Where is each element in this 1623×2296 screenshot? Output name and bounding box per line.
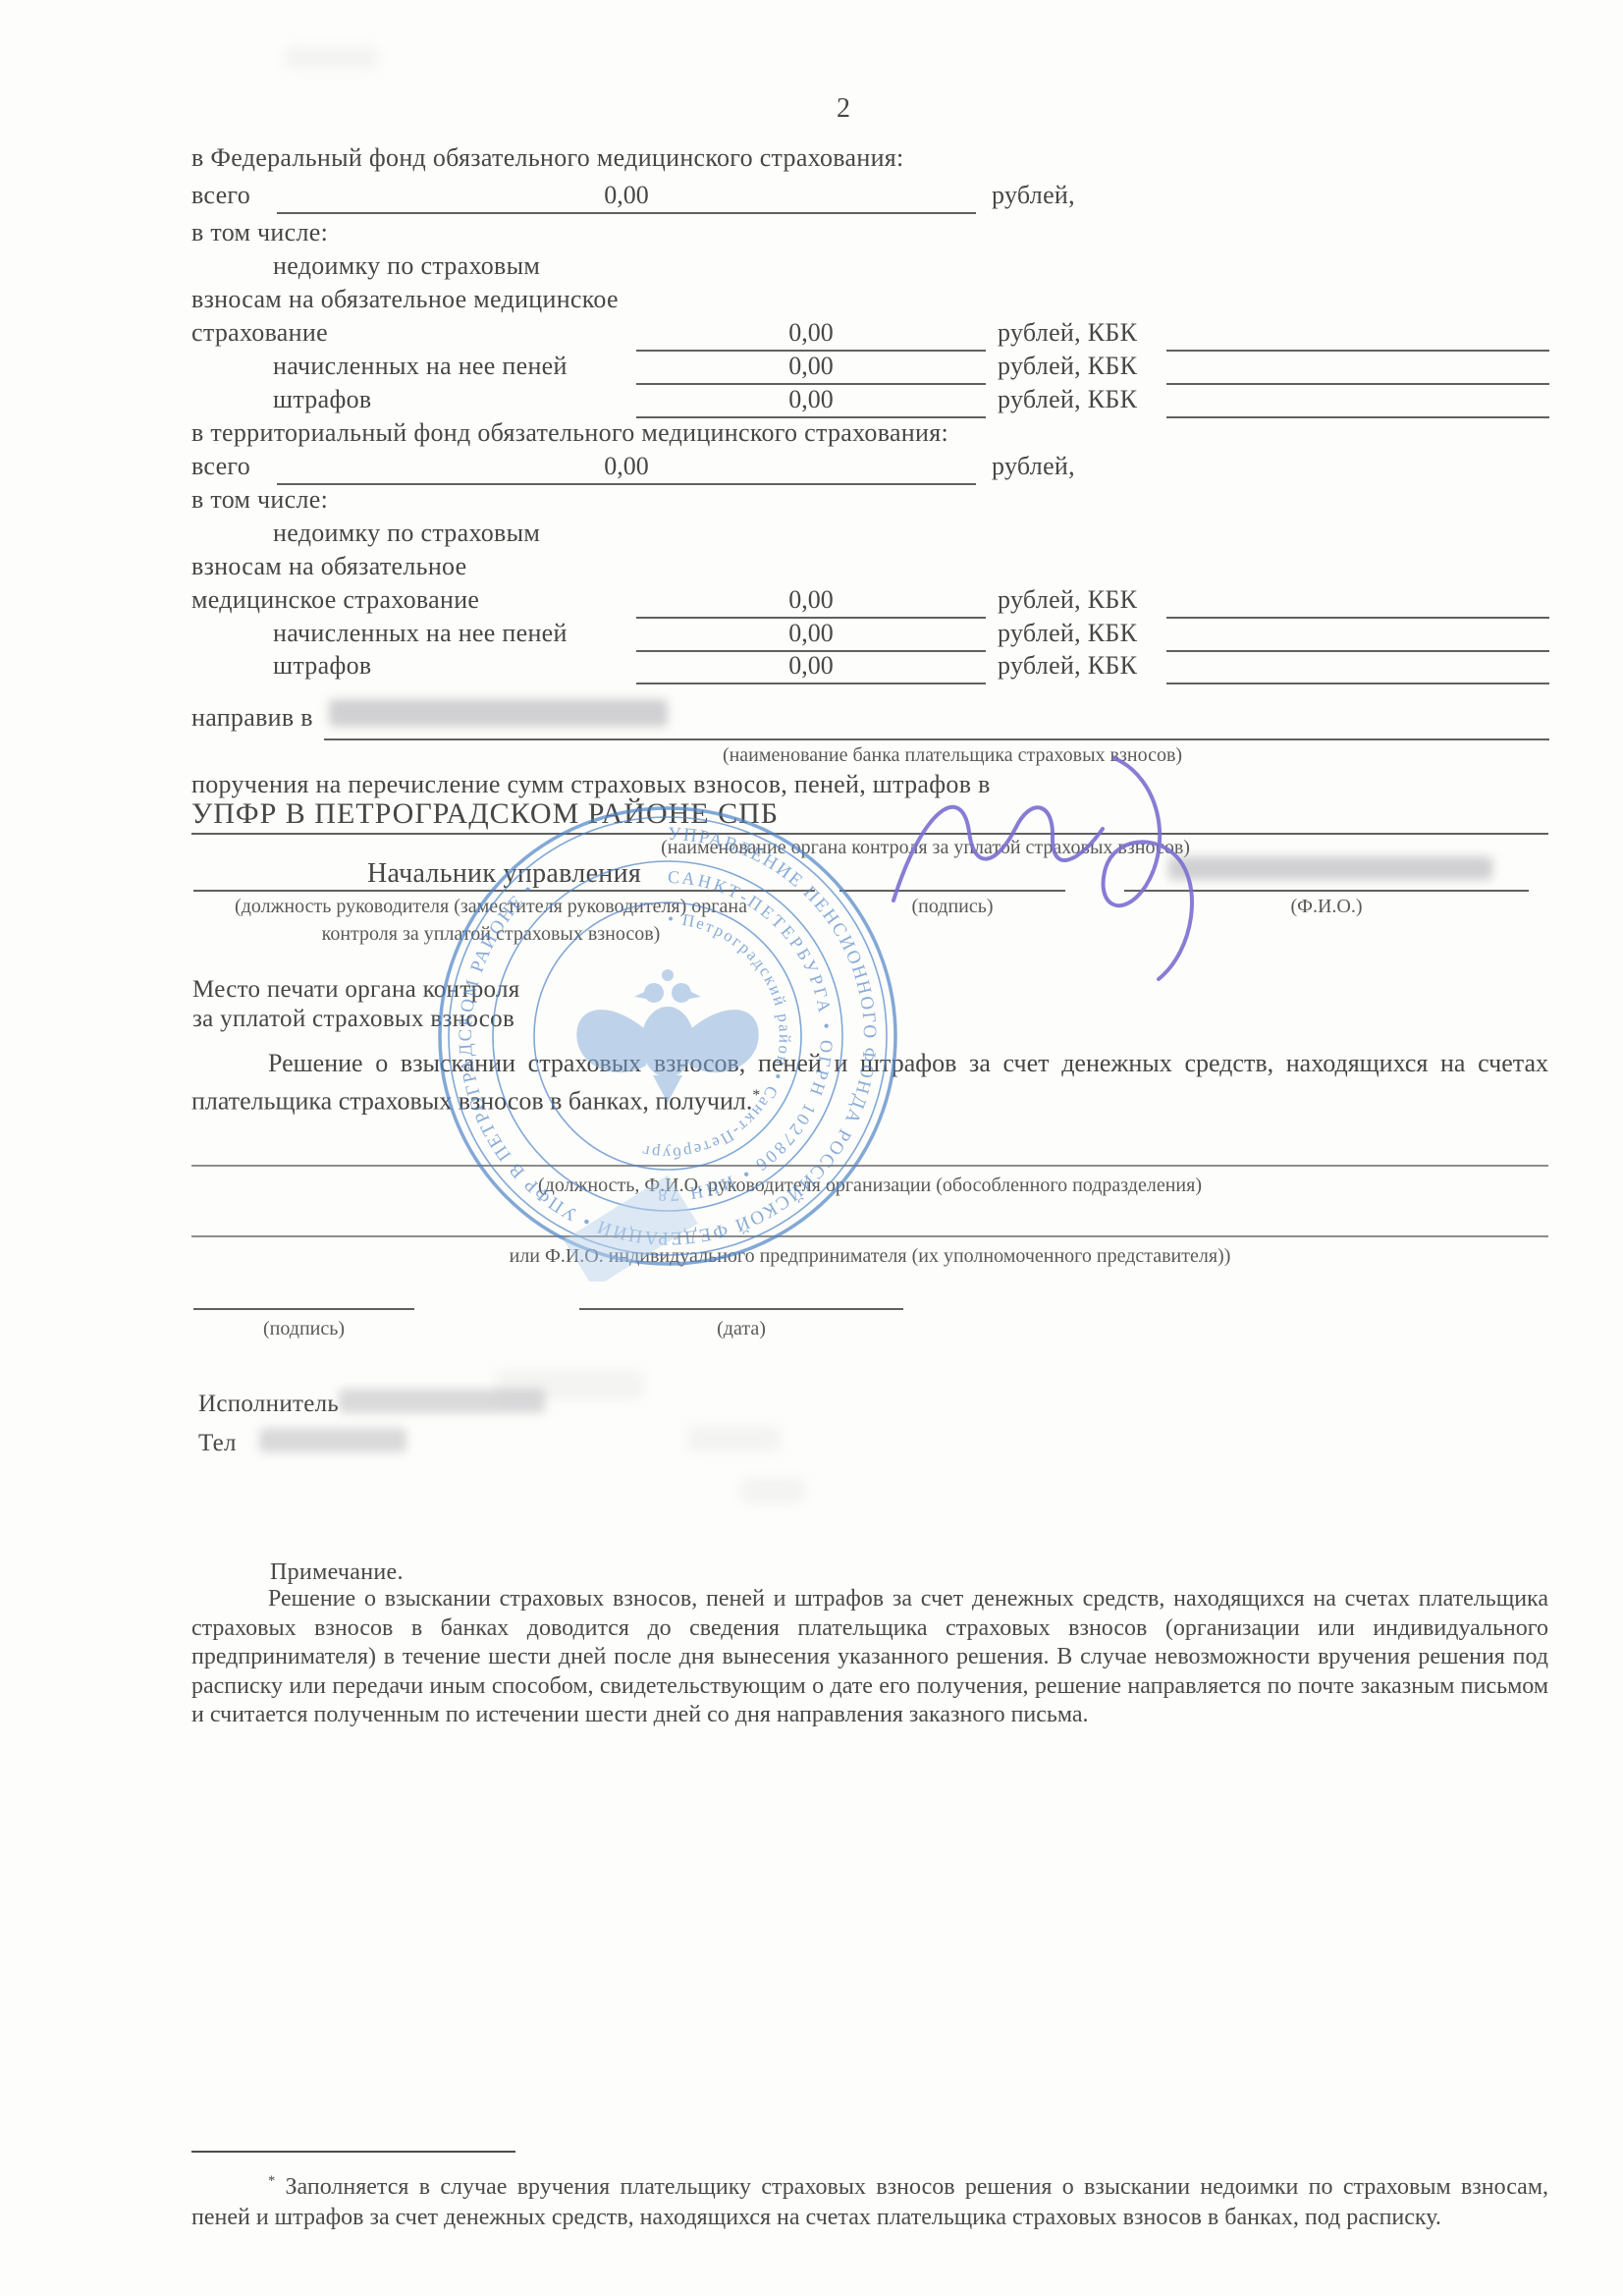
territorial-total-underline (277, 454, 976, 485)
note-title: Примечание. (270, 1559, 404, 1586)
received-signature-caption: (подпись) (193, 1318, 414, 1340)
territorial-including-label: в том числе: (191, 485, 328, 515)
territorial-row-label: медицинское страхование (191, 585, 479, 615)
federal-total-underline (277, 183, 976, 214)
federal-row-underline (636, 354, 986, 385)
territorial-row-label: начисленных на нее пеней (273, 619, 568, 648)
scan-smudge (496, 1370, 643, 1399)
executor-label: Исполнитель (198, 1391, 339, 1418)
territorial-row-kbk-underline (1166, 653, 1549, 684)
signature-stroke-2 (1104, 758, 1192, 979)
federal-arrears-line1: недоимку по страховым (273, 251, 540, 281)
scan-smudge (687, 1426, 781, 1451)
federal-row-kbk-underline (1166, 387, 1549, 418)
territorial-total-units: рублей, (992, 452, 1075, 481)
note-paragraph: Решение о взыскании страховых взносов, п… (191, 1585, 1548, 1730)
federal-row-label: штрафов (273, 385, 371, 414)
page-number: 2 (837, 93, 850, 125)
territorial-row-units: рублей, КБК (998, 585, 1137, 615)
round-stamp-seal: УПРАВЛЕНИЕ ПЕНСИОННОГО ФОНДА РОССИЙСКОЙ … (422, 791, 913, 1282)
signature-stroke-1 (893, 807, 1103, 901)
federal-row-units: рублей, КБК (998, 352, 1137, 381)
federal-including-label: в том числе: (191, 218, 328, 247)
document-page: 2 в Федеральный фонд обязательного медиц… (0, 0, 1623, 2296)
federal-row-underline (636, 320, 986, 352)
executor-phone-label: Тел (198, 1430, 237, 1457)
federal-row-kbk-underline (1166, 354, 1549, 385)
received-signature-line (193, 1279, 414, 1310)
territorial-row-kbk-underline (1166, 587, 1549, 619)
federal-row-units: рублей, КБК (998, 385, 1137, 414)
territorial-row-underline (636, 653, 986, 684)
territorial-row-label: штрафов (273, 651, 371, 681)
federal-row-label: начисленных на нее пеней (273, 352, 568, 381)
territorial-total-label: всего (191, 452, 250, 481)
federal-row-label: страхование (191, 318, 328, 348)
handwritten-signature (879, 729, 1222, 999)
federal-row-kbk-underline (1166, 320, 1549, 352)
territorial-row-underline (636, 621, 986, 652)
territorial-arrears-line2: взносам на обязательное (191, 552, 467, 581)
footnote-text: Заполняется в случае вручения плательщик… (191, 2174, 1548, 2230)
received-date-caption: (дата) (579, 1318, 903, 1340)
received-date-line (579, 1279, 903, 1310)
federal-fund-header: в Федеральный фонд обязательного медицин… (191, 143, 904, 173)
footnote-mark: * (268, 2173, 275, 2189)
federal-row-underline (636, 387, 986, 418)
federal-total-label: всего (191, 181, 250, 210)
stamp-eagle-emblem (576, 969, 758, 1103)
territorial-row-kbk-underline (1166, 621, 1549, 652)
territorial-fund-header: в территориальный фонд обязательного мед… (191, 418, 948, 448)
scan-smudge (741, 1478, 805, 1503)
redacted-executor-phone (259, 1428, 406, 1452)
federal-row-units: рублей, КБК (998, 318, 1137, 348)
footnote-paragraph: * Заполняется в случае вручения плательщ… (191, 2166, 1548, 2233)
scan-smudge (285, 47, 378, 69)
bank-prefix: направив в (191, 703, 313, 733)
territorial-row-underline (636, 587, 986, 619)
federal-arrears-line2: взносам на обязательное медицинское (191, 285, 619, 314)
territorial-row-units: рублей, КБК (998, 651, 1137, 681)
footnote-separator (191, 2151, 515, 2153)
federal-total-units: рублей, (992, 181, 1075, 210)
territorial-row-units: рублей, КБК (998, 619, 1137, 648)
territorial-arrears-line1: недоимку по страховым (273, 519, 540, 548)
